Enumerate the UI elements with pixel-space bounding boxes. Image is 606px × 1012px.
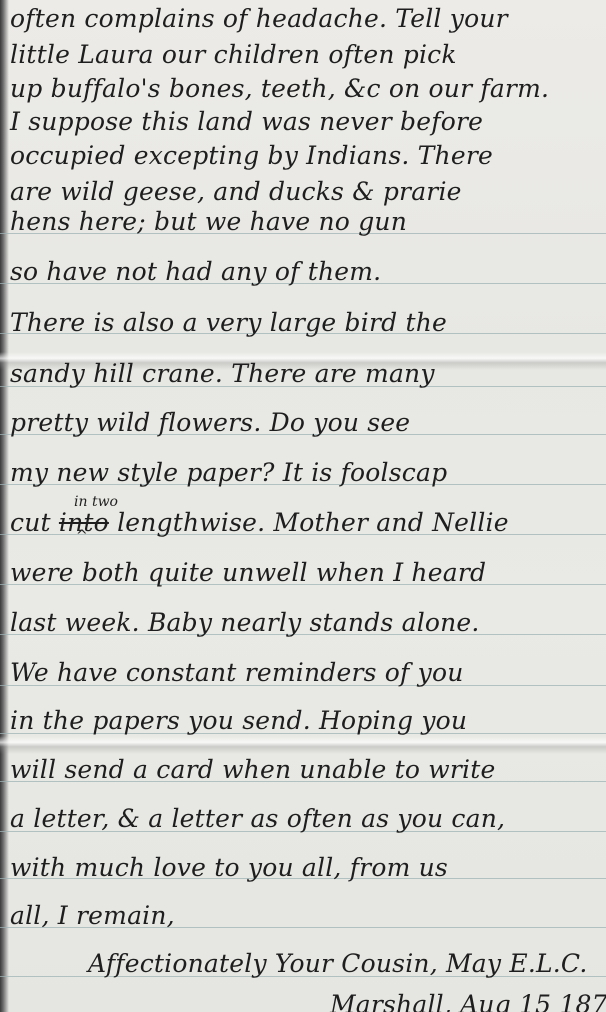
letter-line: I suppose this land was never before [10,107,600,137]
letter-line: so have not had any of them. [10,257,600,287]
letter-line: hens here; but we have no gun [10,207,600,237]
place-and-date: Marshall, Aug 15 1874 [330,990,600,1012]
letter-line: We have constant reminders of you [10,658,600,688]
letter-line-with-correction: cut into lengthwise. Mother and Nellie [10,508,600,538]
letter-line: last week. Baby nearly stands alone. [10,608,600,638]
letter-line: in the papers you send. Hoping you [10,706,600,736]
letter-line: pretty wild flowers. Do you see [10,408,600,438]
letter-line: There is also a very large bird the [10,308,600,338]
insertion-caret-mark: ^ [76,528,88,544]
letter-line: occupied excepting by Indians. There [10,141,600,171]
interlinear-insertion: in two [74,494,118,510]
letter-line: my new style paper? It is foolscap [10,458,600,488]
letter-word: lengthwise. Mother and Nellie [117,508,509,537]
letter-line: little Laura our children often pick [10,40,600,70]
letter-line: a letter, & a letter as often as you can… [10,804,600,834]
letter-line: are wild geese, and ducks & prarie [10,177,600,207]
letter-line: with much love to you all, from us [10,853,600,883]
paper-fold-crease [0,736,606,754]
letter-line: sandy hill crane. There are many [10,359,600,389]
letter-line: were both quite unwell when I heard [10,558,600,588]
letter-line: often complains of headache. Tell your [10,4,600,34]
closing-signature: Affectionately Your Cousin, May E.L.C. [88,949,600,979]
letter-page: often complains of headache. Tell your l… [0,0,606,1012]
letter-line: all, I remain, [10,901,600,931]
letter-word: cut [10,508,51,537]
letter-line: will send a card when unable to write [10,755,600,785]
letter-line: up buffalo's bones, teeth, &c on our far… [10,74,600,104]
